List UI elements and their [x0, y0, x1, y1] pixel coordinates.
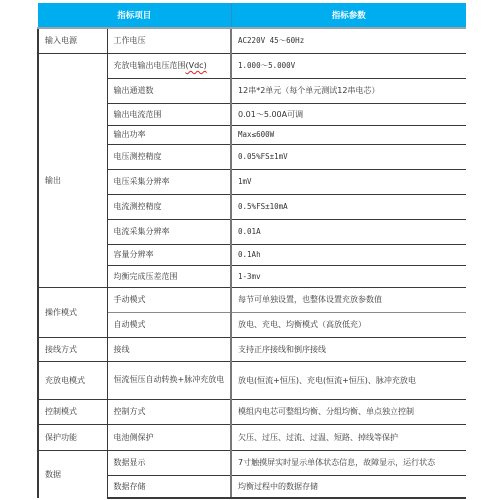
item-unit: (Vdc): [186, 61, 207, 70]
table-body: 输入电源工作电压AC220V 45～60Hz输出充放电输出电压范围(Vdc)1.…: [38, 28, 466, 498]
item-cell: 均衡完成压差范围: [107, 265, 231, 287]
param-value: 0.05%FS±1mV: [231, 144, 466, 169]
header-param: 指标参数: [231, 3, 466, 28]
item-cell: 输出通道数: [107, 78, 231, 103]
param-value: 0.01A: [231, 219, 466, 244]
item-cell: 输出电流范围: [107, 103, 231, 125]
param-value: Max≤600W: [231, 125, 466, 144]
item-cell: 电压测控精度: [107, 144, 231, 169]
item-label: 数据显示: [114, 458, 146, 467]
item-label: 电流采集分辨率: [114, 227, 170, 236]
item-cell: 电流采集分辨率: [107, 219, 231, 244]
item-cell: 自动模式: [107, 312, 231, 337]
table-row: 数据数据显示7寸触摸屏实时显示单体状态信息，故障显示，运行状态: [38, 450, 466, 475]
table-row: 输入电源工作电压AC220V 45～60Hz: [38, 28, 466, 53]
group-label: 控制模式: [38, 399, 107, 424]
param-value: 7寸触摸屏实时显示单体状态信息，故障显示，运行状态: [231, 450, 466, 475]
param-value: 放电、充电、均衡模式（高放低充）: [231, 312, 466, 337]
table-row: 充放电模式恒流恒压自动转换+脉冲充放电放电(恒流+恒压)、充电(恒流+恒压)、脉…: [38, 361, 466, 399]
item-label: 工作电压: [114, 36, 146, 45]
item-cell: 接线: [107, 337, 231, 361]
group-label: 操作模式: [38, 287, 107, 337]
item-cell: 手动模式: [107, 287, 231, 312]
item-label: 接线: [114, 345, 130, 354]
table-row: 保护功能电池侧保护欠压、过压、过流、过温、短路、掉线等保护: [38, 424, 466, 450]
item-cell: 电压采集分辨率: [107, 169, 231, 194]
param-value: 均衡过程中的数据存储: [231, 475, 466, 498]
param-value: 0.1Ah: [231, 244, 466, 265]
param-value: AC220V 45～60Hz: [231, 28, 466, 53]
group-label: 充放电模式: [38, 361, 107, 399]
spec-table: 指标项目 指标参数 输入电源工作电压AC220V 45～60Hz输出充放电输出电…: [37, 3, 466, 499]
item-label: 手动模式: [114, 295, 146, 304]
item-cell: 控制方式: [107, 399, 231, 424]
param-value: 1.000～5.000V: [231, 53, 466, 78]
item-cell: 输出功率: [107, 125, 231, 144]
table-row: 控制模式控制方式模组内电芯可整组均衡、分组均衡、单点独立控制: [38, 399, 466, 424]
param-value: 放电(恒流+恒压)、充电(恒流+恒压)、脉冲充放电: [231, 361, 466, 399]
item-label: 电压测控精度: [114, 152, 162, 161]
table-header: 指标项目 指标参数: [38, 3, 466, 28]
item-label: 输出功率: [114, 130, 146, 139]
param-value: 支持正序接线和倒序接线: [231, 337, 466, 361]
item-cell: 电流测控精度: [107, 194, 231, 219]
table-row: 接线方式接线支持正序接线和倒序接线: [38, 337, 466, 361]
item-label: 均衡完成压差范围: [114, 272, 178, 281]
item-cell: 数据显示: [107, 450, 231, 475]
table-row: 输出充放电输出电压范围(Vdc)1.000～5.000V: [38, 53, 466, 78]
param-value: 欠压、过压、过流、过温、短路、掉线等保护: [231, 424, 466, 450]
item-label: 电流测控精度: [114, 202, 162, 211]
item-label: 数据存储: [114, 482, 146, 491]
item-label: 充放电输出电压范围: [114, 61, 186, 70]
item-label: 电池侧保护: [114, 433, 154, 442]
param-value: 1mV: [231, 169, 466, 194]
group-label: 输出: [38, 53, 107, 287]
item-label: 输出电流范围: [114, 110, 162, 119]
group-label: 保护功能: [38, 424, 107, 450]
group-label: 数据: [38, 450, 107, 498]
item-label: 自动模式: [114, 320, 146, 329]
param-value: 12串*2单元（每个单元测试12串电芯）: [231, 78, 466, 103]
header-item: 指标项目: [38, 3, 231, 28]
item-label: 容量分辨率: [114, 250, 154, 259]
item-label: 恒流恒压自动转换+脉冲充放电: [114, 375, 225, 384]
item-label: 电压采集分辨率: [114, 177, 170, 186]
item-cell: 数据存储: [107, 475, 231, 498]
param-value: 0.5%FS±10mA: [231, 194, 466, 219]
param-value: 1-3mv: [231, 265, 466, 287]
param-value: 0.01～5.00A可调: [231, 103, 466, 125]
item-label: 控制方式: [114, 407, 146, 416]
table-row: 操作模式手动模式每节可单独设置，也整体设置充放参数值: [38, 287, 466, 312]
item-cell: 工作电压: [107, 28, 231, 53]
item-cell: 充放电输出电压范围(Vdc): [107, 53, 231, 78]
item-cell: 电池侧保护: [107, 424, 231, 450]
group-label: 输入电源: [38, 28, 107, 53]
item-label: 输出通道数: [114, 86, 154, 95]
item-cell: 容量分辨率: [107, 244, 231, 265]
param-value: 模组内电芯可整组均衡、分组均衡、单点独立控制: [231, 399, 466, 424]
group-label: 接线方式: [38, 337, 107, 361]
param-value: 每节可单独设置，也整体设置充放参数值: [231, 287, 466, 312]
item-cell: 恒流恒压自动转换+脉冲充放电: [107, 361, 231, 399]
